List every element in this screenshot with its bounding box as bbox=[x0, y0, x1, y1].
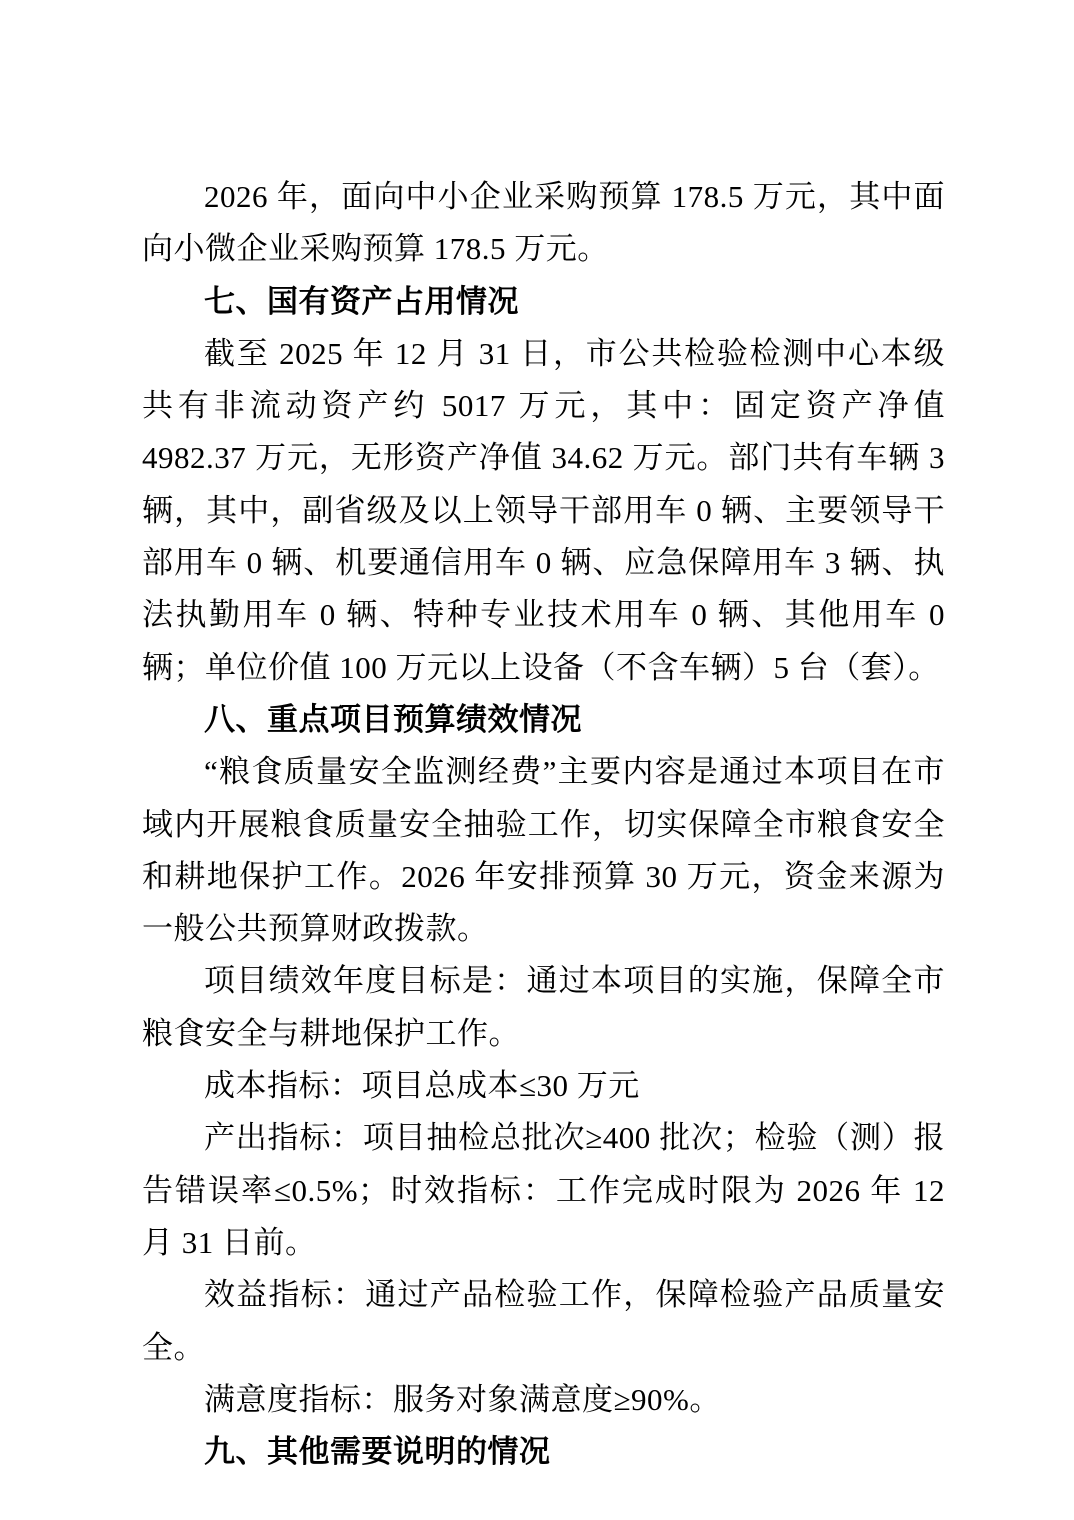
paragraph-annual-performance-goal: 项目绩效年度目标是：通过本项目的实施，保障全市粮食安全与耕地保护工作。 bbox=[142, 955, 945, 1060]
paragraph-smes-procurement: 2026 年，面向中小企业采购预算 178.5 万元，其中面向小微企业采购预算 … bbox=[142, 171, 945, 276]
paragraph-satisfaction-indicator: 满意度指标：服务对象满意度≥90%。 bbox=[142, 1374, 945, 1426]
paragraph-project-overview: “粮食质量安全监测经费”主要内容是通过本项目在市域内开展粮食质量安全抽验工作，切… bbox=[142, 746, 945, 955]
heading-section-9-other-notes: 九、其他需要说明的情况 bbox=[142, 1426, 945, 1478]
paragraph-output-and-timeliness-indicator: 产出指标：项目抽检总批次≥400 批次；检验（测）报告错误率≤0.5%；时效指标… bbox=[142, 1112, 945, 1269]
document-page: 2026 年，面向中小企业采购预算 178.5 万元，其中面向小微企业采购预算 … bbox=[0, 0, 1074, 1520]
heading-section-8-key-project-performance: 八、重点项目预算绩效情况 bbox=[142, 694, 945, 746]
heading-section-7-state-assets: 七、国有资产占用情况 bbox=[142, 276, 945, 328]
paragraph-state-assets-detail: 截至 2025 年 12 月 31 日，市公共检验检测中心本级共有非流动资产约 … bbox=[142, 328, 945, 694]
paragraph-benefit-indicator: 效益指标：通过产品检验工作，保障检验产品质量安全。 bbox=[142, 1269, 945, 1374]
paragraph-cost-indicator: 成本指标：项目总成本≤30 万元 bbox=[142, 1060, 945, 1112]
